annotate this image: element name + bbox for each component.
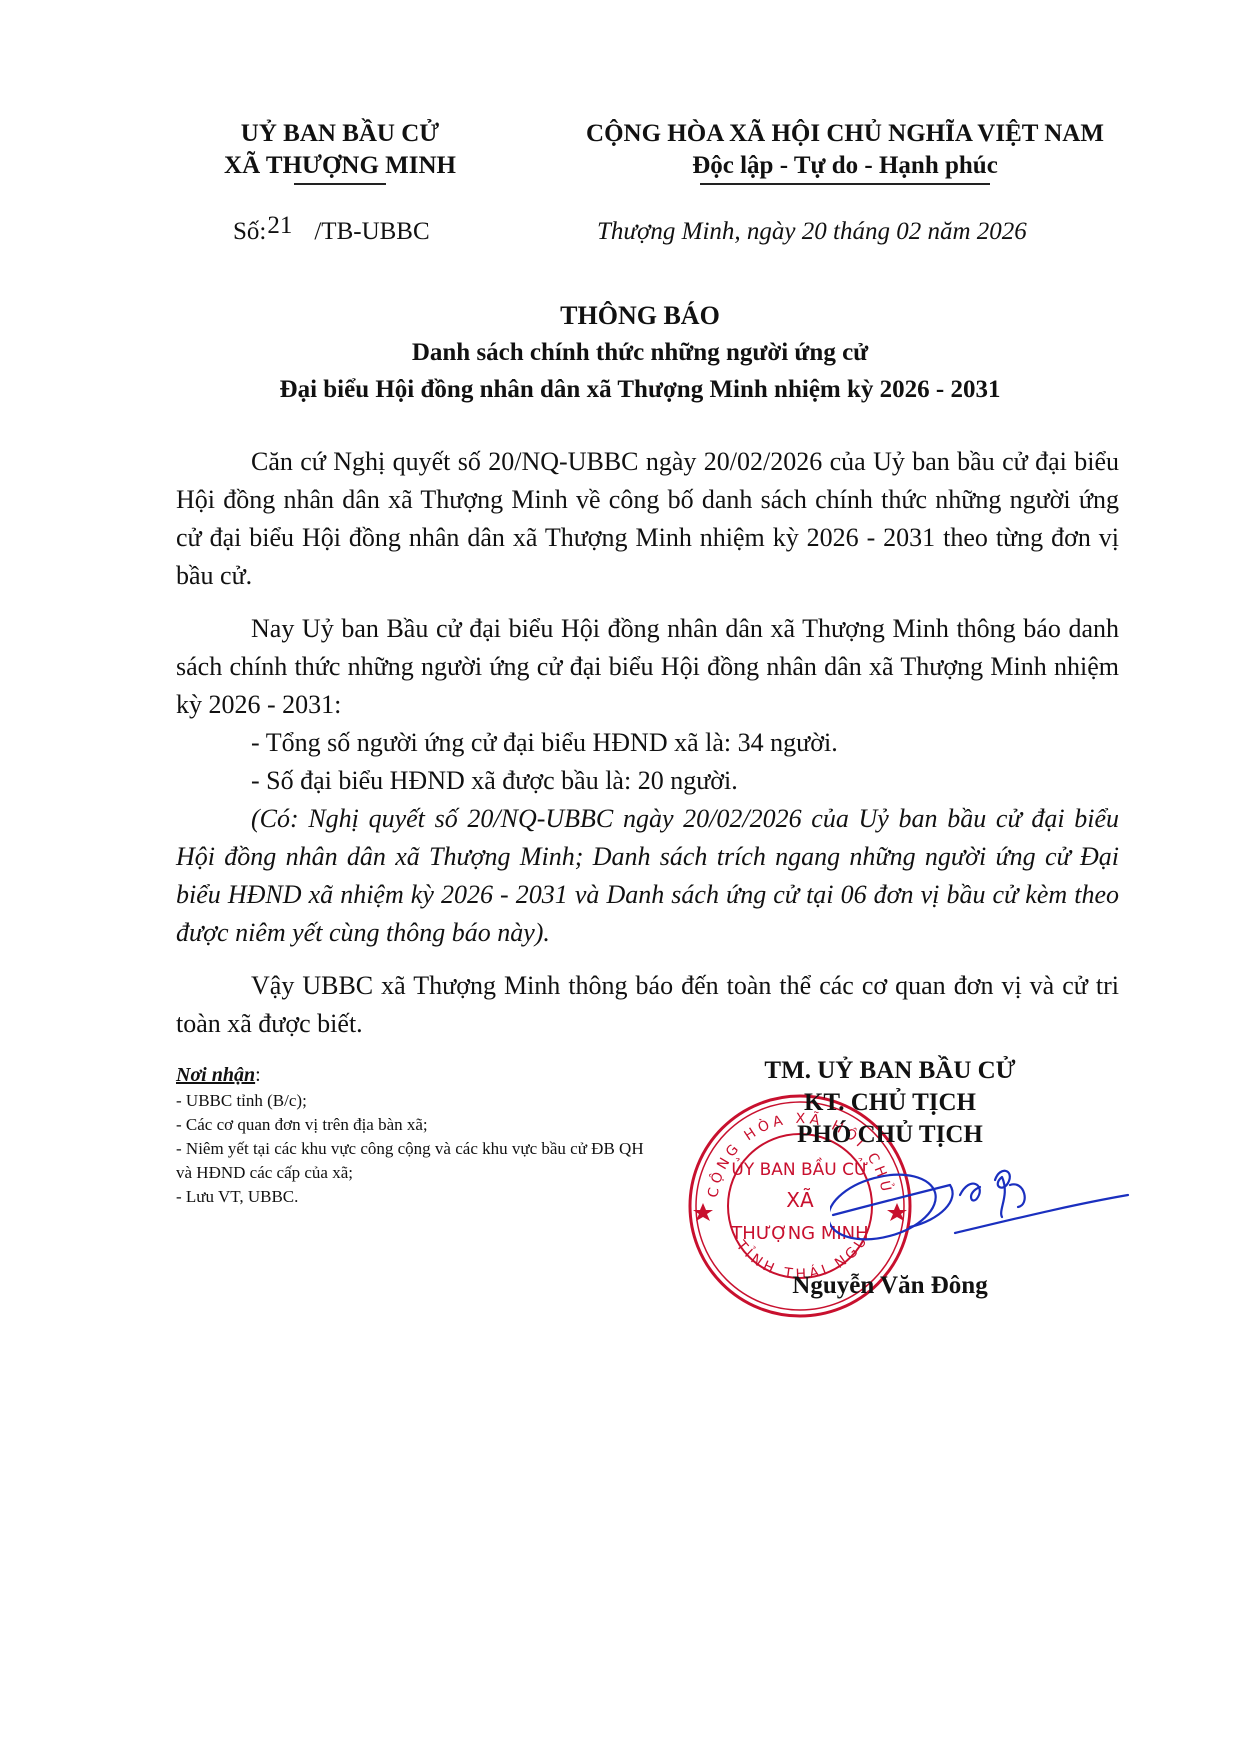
doc-number-value: 21 xyxy=(267,212,292,239)
signature-authority: KT. CHỦ TỊCH xyxy=(680,1087,1100,1119)
recipients-heading-colon: : xyxy=(255,1064,261,1086)
recipient-item: - Niêm yết tại các khu vực công cộng và … xyxy=(176,1137,646,1185)
national-header: CỘNG HÒA XÃ HỘI CHỦ NGHĨA VIỆT NAM Độc l… xyxy=(545,118,1145,185)
place-date: Thượng Minh, ngày 20 tháng 02 năm 2026 xyxy=(597,218,1027,246)
motto-underline xyxy=(700,183,990,185)
national-motto: Độc lập - Tự do - Hạnh phúc xyxy=(545,150,1145,182)
recipients-heading-label: Nơi nhận xyxy=(176,1064,255,1086)
recipient-item: - Các cơ quan đơn vị trên địa bàn xã; xyxy=(176,1113,646,1137)
document-number: Số:21/TB-UBBC xyxy=(233,218,430,246)
body-attachment-note: (Có: Nghị quyết số 20/NQ-UBBC ngày 20/02… xyxy=(176,800,1119,952)
doc-number-prefix: Số: xyxy=(233,218,266,245)
authority-underline xyxy=(294,183,386,185)
recipients-heading: Nơi nhận: xyxy=(176,1061,646,1089)
signature-on-behalf: TM. UỶ BAN BẦU CỬ xyxy=(680,1055,1100,1087)
recipient-item: - UBBC tỉnh (B/c); xyxy=(176,1089,646,1113)
svg-text:XÃ: XÃ xyxy=(786,1188,814,1212)
title-subject: Danh sách chính thức những người ứng cử xyxy=(160,334,1120,371)
recipients-block: Nơi nhận: - UBBC tỉnh (B/c); - Các cơ qu… xyxy=(176,1061,646,1209)
authority-name: UỶ BAN BẦU CỬ xyxy=(180,118,500,150)
body-bullet-total-candidates: - Tổng số người ứng cử đại biểu HĐND xã … xyxy=(176,724,1119,762)
recipient-item: - Lưu VT, UBBC. xyxy=(176,1185,646,1209)
body-paragraph-closing: Vậy UBBC xã Thượng Minh thông báo đến to… xyxy=(176,967,1119,1043)
doc-number-suffix: /TB-UBBC xyxy=(314,218,429,245)
document-title: THÔNG BÁO Danh sách chính thức những ngư… xyxy=(160,297,1120,408)
authority-locality: XÃ THƯỢNG MINH xyxy=(180,150,500,182)
title-subject-detail: Đại biểu Hội đồng nhân dân xã Thượng Min… xyxy=(160,371,1120,408)
title-heading: THÔNG BÁO xyxy=(160,297,1120,334)
signature-block: TM. UỶ BAN BẦU CỬ KT. CHỦ TỊCH PHÓ CHỦ T… xyxy=(680,1055,1100,1151)
body-bullet-seats: - Số đại biểu HĐND xã được bầu là: 20 ng… xyxy=(176,762,1119,800)
document-body: Căn cứ Nghị quyết số 20/NQ-UBBC ngày 20/… xyxy=(176,443,1119,1043)
handwritten-signature-icon xyxy=(830,1165,1130,1275)
national-title: CỘNG HÒA XÃ HỘI CHỦ NGHĨA VIỆT NAM xyxy=(545,118,1145,150)
signer-name: Nguyễn Văn Đông xyxy=(680,1272,1100,1300)
body-paragraph-announcement: Nay Uỷ ban Bầu cử đại biểu Hội đồng nhân… xyxy=(176,610,1119,724)
issuing-authority: UỶ BAN BẦU CỬ XÃ THƯỢNG MINH xyxy=(180,118,500,185)
body-paragraph-legal-basis: Căn cứ Nghị quyết số 20/NQ-UBBC ngày 20/… xyxy=(176,443,1119,595)
signature-position: PHÓ CHỦ TỊCH xyxy=(680,1119,1100,1151)
